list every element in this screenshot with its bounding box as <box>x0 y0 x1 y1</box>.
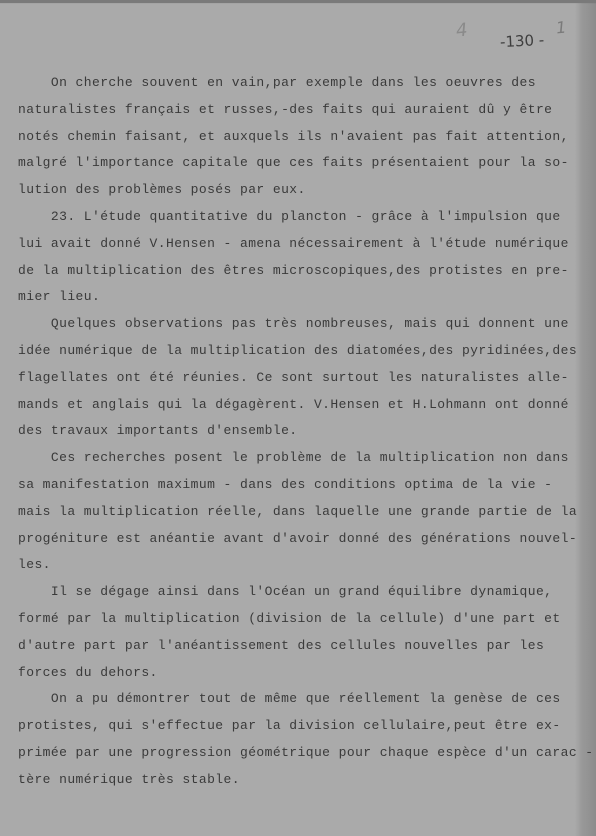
text-line: d'autre part par l'anéantissement des ce… <box>18 633 590 660</box>
text-line: progéniture est anéantie avant d'avoir d… <box>18 526 590 553</box>
text-line: flagellates ont été réunies. Ce sont sur… <box>18 365 590 392</box>
text-line: Quelques observations pas très nombreuse… <box>18 311 590 338</box>
page-top-edge <box>0 0 596 3</box>
handwritten-mark-right: 1 <box>555 18 567 38</box>
text-line: de la multiplication des êtres microscop… <box>18 258 590 285</box>
text-line: 23. L'étude quantitative du plancton - g… <box>18 204 590 231</box>
paragraph-2: 23. L'étude quantitative du plancton - g… <box>18 204 590 311</box>
text-line: lui avait donné V.Hensen - amena nécessa… <box>18 231 590 258</box>
text-line: des travaux importants d'ensemble. <box>18 418 590 445</box>
scanned-page: 4 -130 - 1 On cherche souvent en vain,pa… <box>0 0 596 836</box>
text-line: mands et anglais qui la dégagèrent. V.He… <box>18 392 590 419</box>
text-line: formé par la multiplication (division de… <box>18 606 590 633</box>
text-line: les. <box>18 552 590 579</box>
handwritten-mark-left: 4 <box>455 19 469 41</box>
paragraph-1: On cherche souvent en vain,par exemple d… <box>18 70 590 204</box>
text-line: idée numérique de la multiplication des … <box>18 338 590 365</box>
text-line: sa manifestation maximum - dans des cond… <box>18 472 590 499</box>
text-line: forces du dehors. <box>18 660 590 687</box>
text-line: mais la multiplication réelle, dans laqu… <box>18 499 590 526</box>
text-line: Ces recherches posent le problème de la … <box>18 445 590 472</box>
typewritten-body: On cherche souvent en vain,par exemple d… <box>18 70 590 794</box>
text-line: On cherche souvent en vain,par exemple d… <box>18 70 590 97</box>
page-number: -130 - <box>500 31 545 51</box>
text-line: On a pu démontrer tout de même que réell… <box>18 686 590 713</box>
text-line: mier lieu. <box>18 284 590 311</box>
paragraph-4: Ces recherches posent le problème de la … <box>18 445 590 579</box>
paragraph-3: Quelques observations pas très nombreuse… <box>18 311 590 445</box>
text-line: primée par une progression géométrique p… <box>18 740 590 767</box>
text-line: notés chemin faisant, et auxquels ils n'… <box>18 124 590 151</box>
paragraph-6: On a pu démontrer tout de même que réell… <box>18 686 590 793</box>
text-line: lution des problèmes posés par eux. <box>18 177 590 204</box>
text-line: Il se dégage ainsi dans l'Océan un grand… <box>18 579 590 606</box>
paragraph-5: Il se dégage ainsi dans l'Océan un grand… <box>18 579 590 686</box>
text-line: naturalistes français et russes,-des fai… <box>18 97 590 124</box>
text-line: protistes, qui s'effectue par la divisio… <box>18 713 590 740</box>
text-line: malgré l'importance capitale que ces fai… <box>18 150 590 177</box>
text-line: tère numérique très stable. <box>18 767 590 794</box>
